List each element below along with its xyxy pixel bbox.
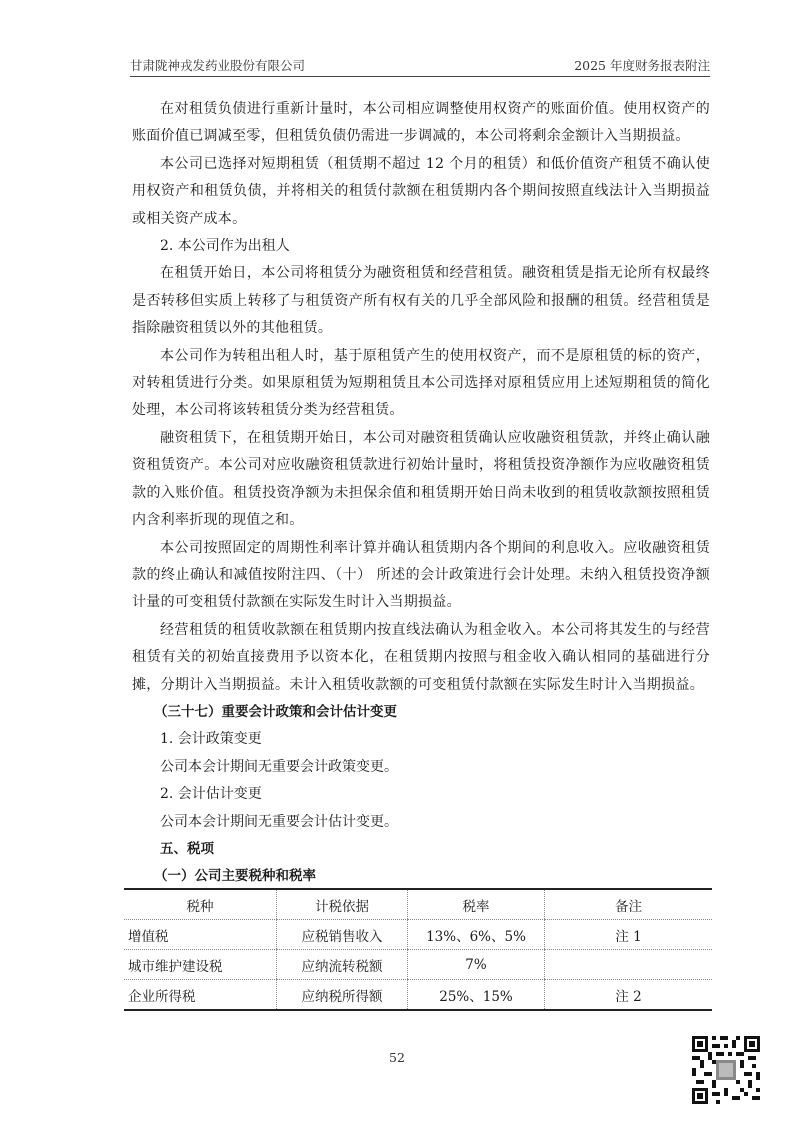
column-header: 税率: [408, 889, 545, 920]
report-title: 2025 年度财务报表附注: [574, 56, 710, 74]
column-header: 计税依据: [277, 889, 408, 920]
table-cell: 25%、15%: [408, 980, 545, 1011]
table-row: 城市维护建设税 应纳流转税额 7%: [124, 950, 712, 980]
column-header: 税种: [124, 889, 277, 920]
paragraph: 经营租赁的租赁收款额在租赁期内按直线法确认为租金收入。本公司将其发生的与经营租赁…: [132, 617, 710, 699]
paragraph: 在对租赁负债进行重新计量时，本公司相应调整使用权资产的账面价值。使用权资产的账面…: [132, 96, 710, 151]
table-cell: 城市维护建设税: [124, 950, 277, 980]
item-title: 1. 会计政策变更: [132, 726, 710, 753]
table-cell: 7%: [408, 950, 545, 980]
column-header: 备注: [545, 889, 713, 920]
subsection-title: 2. 本公司作为出租人: [132, 233, 710, 260]
table-row: 企业所得税 应纳税所得额 25%、15% 注 2: [124, 980, 712, 1011]
paragraph: 本公司作为转租出租人时，基于原租赁产生的使用权资产，而不是原租赁的标的资产，对转…: [132, 343, 710, 425]
table-header-row: 税种 计税依据 税率 备注: [124, 889, 712, 920]
qr-code-icon: [692, 1036, 760, 1104]
table-cell: 应纳税所得额: [277, 980, 408, 1011]
document-body: 在对租赁负债进行重新计量时，本公司相应调整使用权资产的账面价值。使用权资产的账面…: [132, 96, 710, 891]
item-title: 2. 会计估计变更: [132, 781, 710, 808]
table-cell: 13%、6%、5%: [408, 920, 545, 950]
table-cell: [545, 950, 713, 980]
table-cell: 应纳流转税额: [277, 950, 408, 980]
table-cell: 企业所得税: [124, 980, 277, 1011]
item-text: 公司本会计期间无重要会计估计变更。: [132, 809, 710, 836]
page-header: 甘肃陇神戎发药业股份有限公司 2025 年度财务报表附注: [130, 56, 710, 77]
table-cell: 增值税: [124, 920, 277, 950]
item-text: 公司本会计期间无重要会计政策变更。: [132, 754, 710, 781]
section-heading: （三十七）重要会计政策和会计估计变更: [132, 699, 710, 726]
table-row: 增值税 应税销售收入 13%、6%、5% 注 1: [124, 920, 712, 950]
paragraph: 融资租赁下，在租赁期开始日，本公司对融资租赁确认应收融资租赁款，并终止确认融资租…: [132, 425, 710, 535]
section-heading: 五、税项: [132, 836, 710, 863]
table-cell: 注 1: [545, 920, 713, 950]
section-heading: （一）公司主要税种和税率: [132, 863, 710, 890]
paragraph: 在租赁开始日，本公司将租赁分为融资租赁和经营租赁。融资租赁是指无论所有权最终是否…: [132, 260, 710, 342]
table-cell: 应税销售收入: [277, 920, 408, 950]
page-number: 52: [0, 1050, 794, 1065]
table-cell: 注 2: [545, 980, 713, 1011]
paragraph: 本公司已选择对短期租赁（租赁期不超过 12 个月的租赁）和低价值资产租赁不确认使…: [132, 151, 710, 233]
tax-rate-table: 税种 计税依据 税率 备注 增值税 应税销售收入 13%、6%、5% 注 1 城…: [124, 888, 712, 1011]
paragraph: 本公司按照固定的周期性利率计算并确认租赁期内各个期间的利息收入。应收融资租赁款的…: [132, 535, 710, 617]
company-name: 甘肃陇神戎发药业股份有限公司: [130, 56, 305, 74]
